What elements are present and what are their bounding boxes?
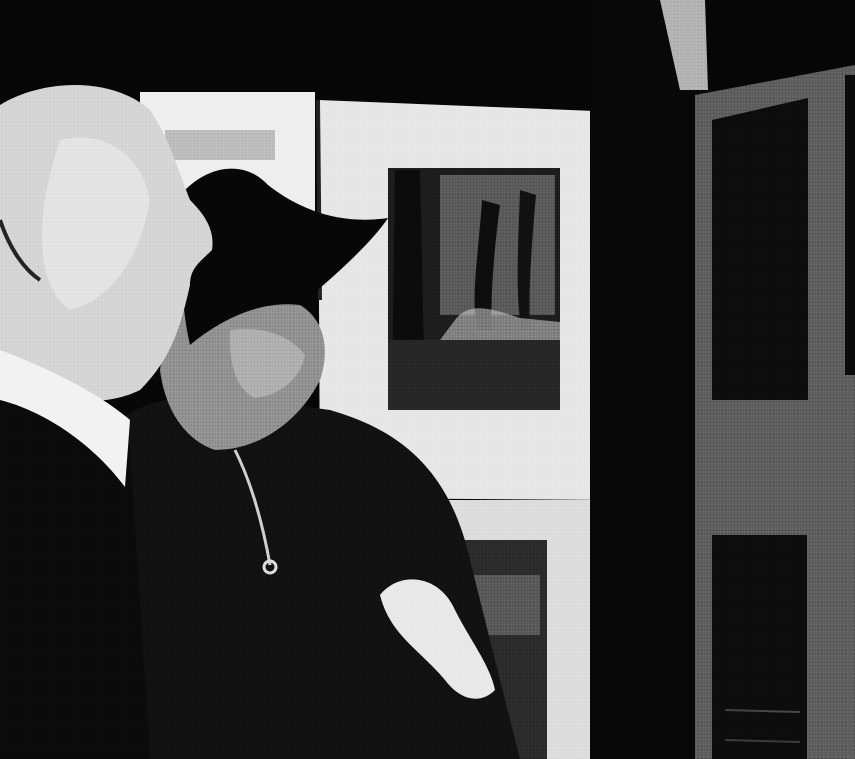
photograph: Grainy black-and-white newspaper halfton… [0, 0, 855, 759]
photo-composition [0, 0, 855, 759]
right-frames [695, 65, 855, 759]
tree-photo [388, 168, 560, 410]
wall-divider [590, 0, 700, 759]
